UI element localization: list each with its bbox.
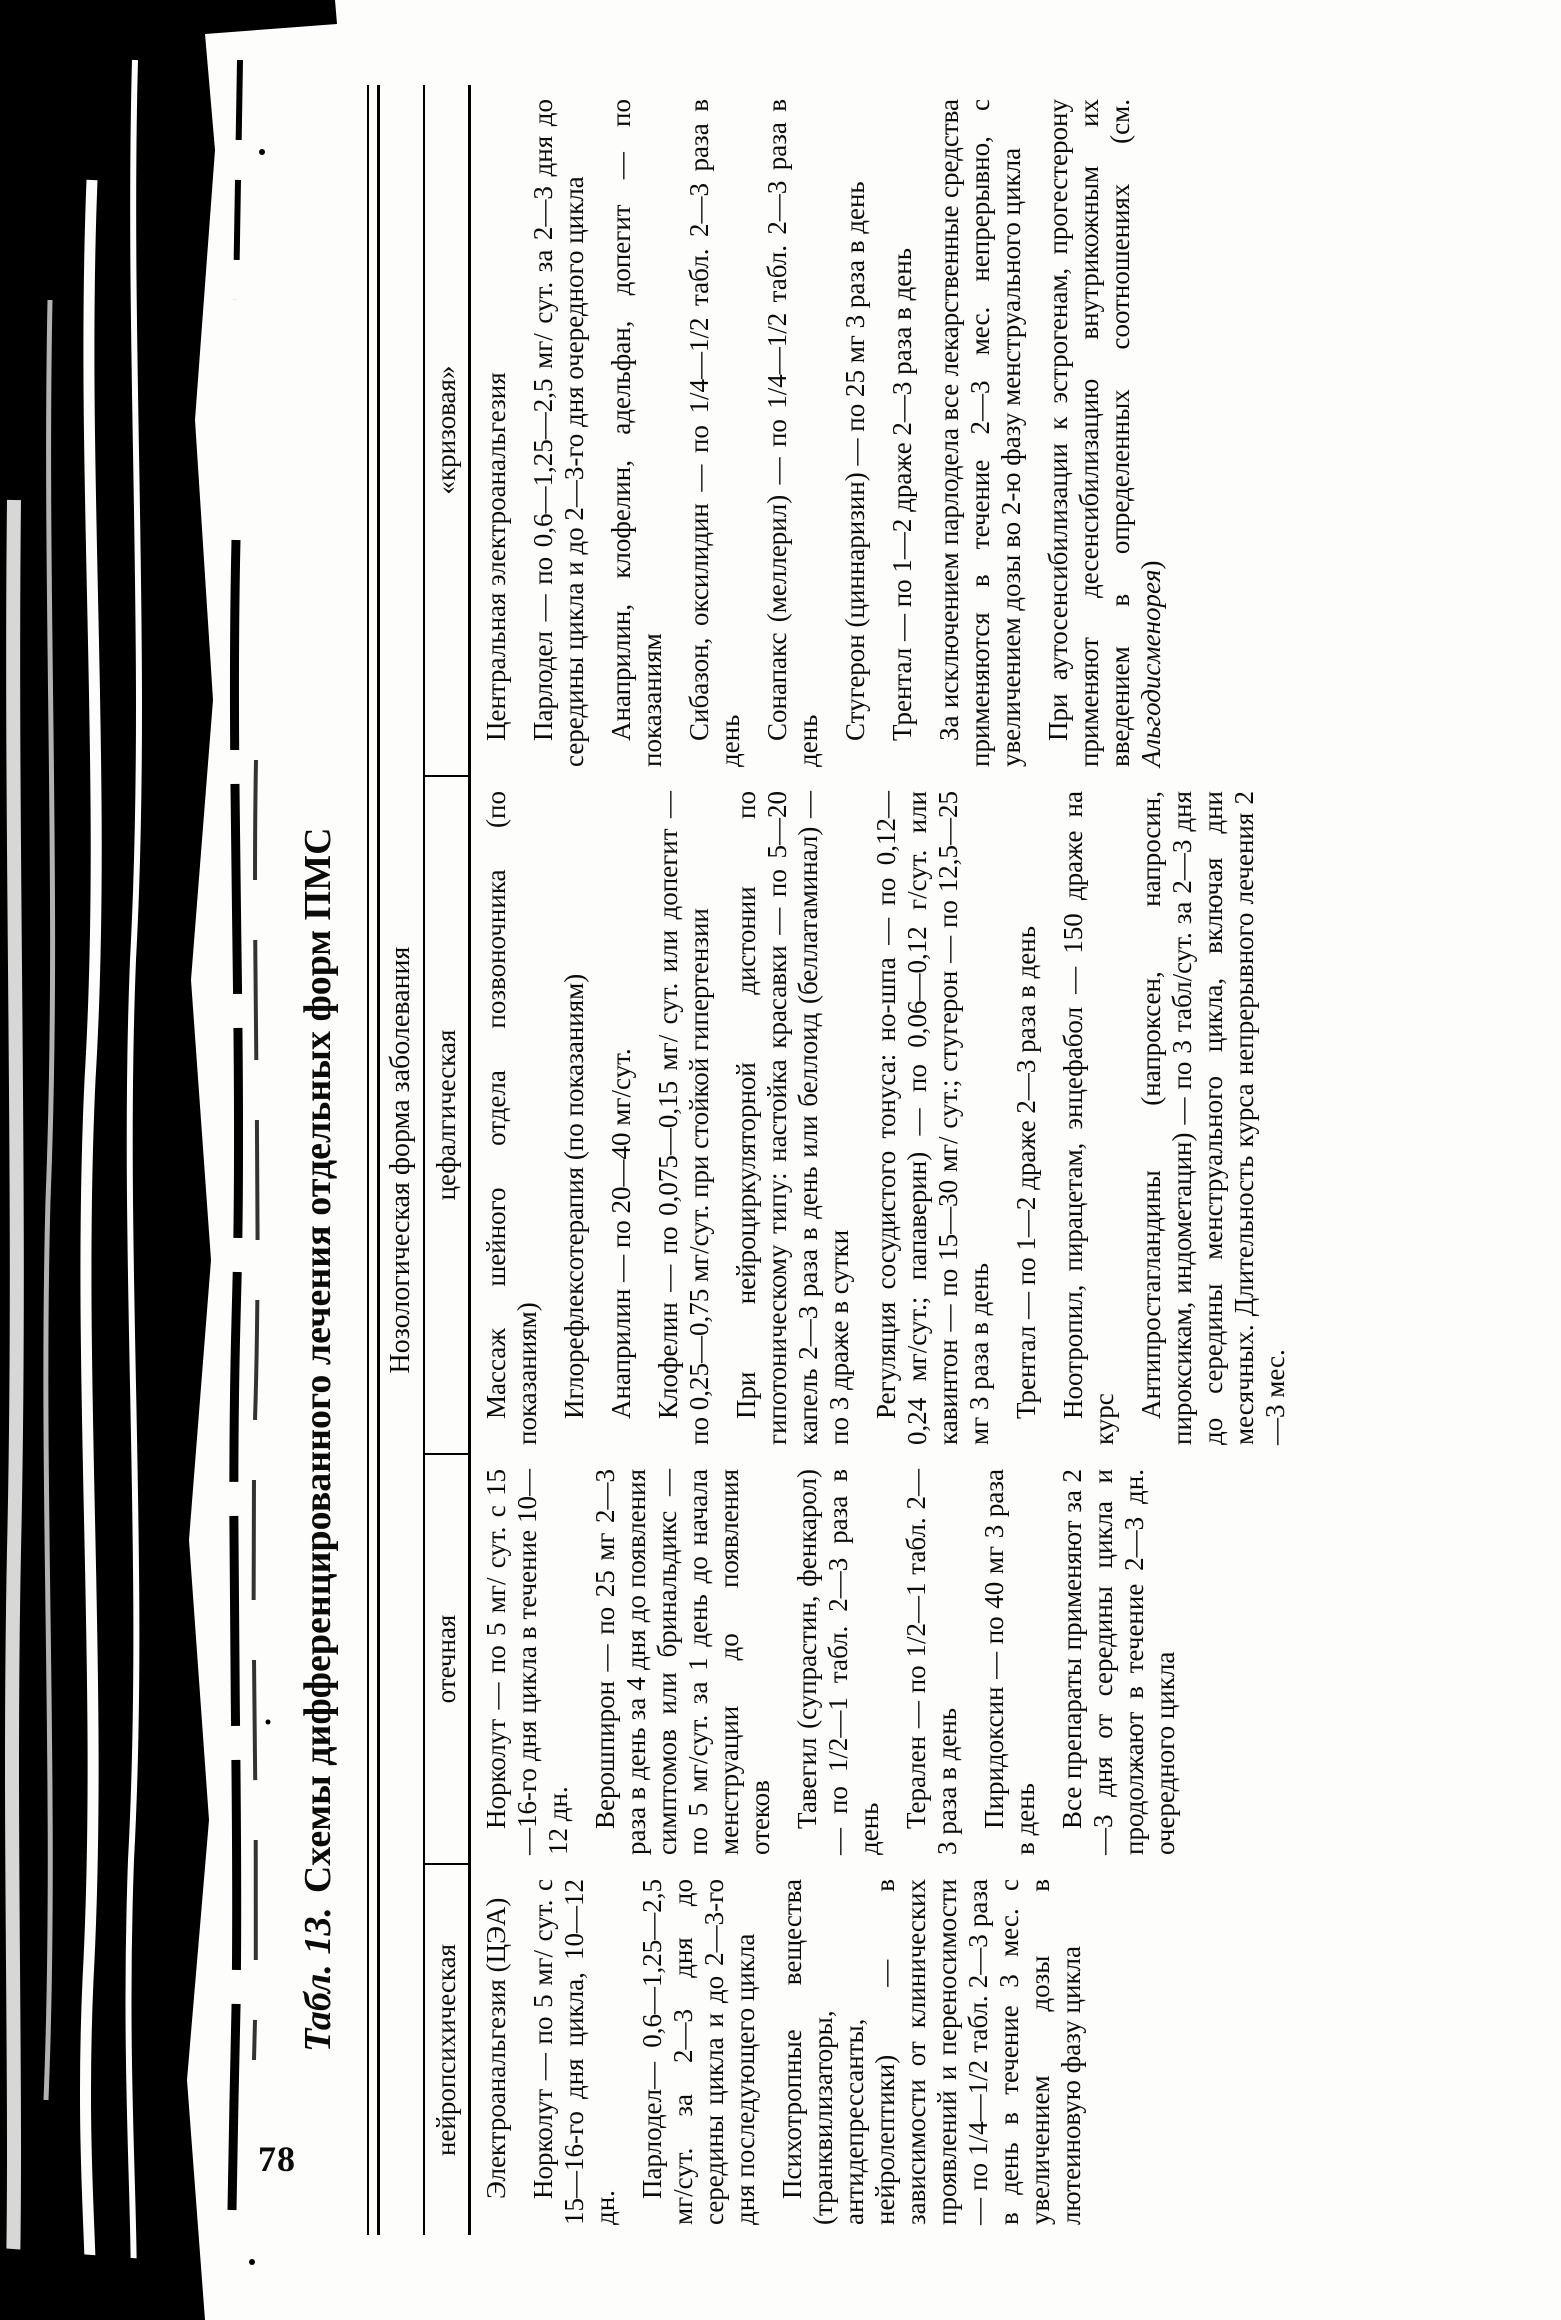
- treatment-paragraph: Парлодел — по 0,6—1,25—2,5 мг/ сут. за 2…: [528, 99, 590, 767]
- treatment-paragraph: Анаприлин — по 20—40 мг/сут.: [606, 791, 637, 1445]
- cross-reference-italic: Альгодисменорея: [1136, 569, 1166, 767]
- treatment-paragraph: Сибазон, оксилидин — по 1/4—1/2 табл. 2—…: [684, 99, 746, 767]
- treatment-paragraph: Стугерон (циннаризин) — по 25 мг 3 раза …: [840, 99, 871, 767]
- treatment-paragraph: Верошпирон — по 25 мг 2—3 раза в день за…: [590, 1469, 776, 1855]
- treatment-paragraph: При аутосенсибилизации к эстрогенам, про…: [1043, 99, 1167, 767]
- treatment-paragraph: Центральная электроанальгезия: [481, 99, 512, 767]
- treatment-paragraph: Тавегил (супрастин, фенкарол) — по 1/2—1…: [792, 1469, 885, 1855]
- treatment-paragraph: Трентал — по 1—2 драже 2—3 раза в день: [1011, 791, 1042, 1445]
- column-cell-2: Норколут — по 5 мг/ сут. с 15—16-го дня …: [471, 1455, 1181, 1865]
- treatment-paragraph: Ноотропил, пирацетам, энцефабол — 150 др…: [1058, 791, 1120, 1445]
- treatment-paragraph: Анаприлин, клофелин, адельфан, допегит —…: [606, 99, 668, 767]
- table-top-rule-outer: [367, 85, 369, 2235]
- treatment-paragraph: Терален — по 1/2—1 табл. 2—3 раза в день: [901, 1469, 963, 1855]
- treatment-paragraph: Психотропные вещества (транквилизаторы, …: [777, 1879, 1087, 2225]
- paragraph-text: ): [1136, 560, 1166, 569]
- treatment-paragraph: Все препараты применяют за 2—3 дня от се…: [1057, 1469, 1181, 1855]
- treatment-paragraph: Регуляция сосудистого тонуса: но-шпа — п…: [871, 791, 995, 1445]
- treatment-paragraph: Антипростагландины (напроксен, напросин,…: [1136, 791, 1291, 1445]
- treatment-paragraph: Иглорефлексотерапия (по показаниям): [559, 791, 590, 1445]
- column-header-1: нейропсихическая: [425, 1865, 468, 2235]
- treatment-paragraph: Электроанальгезия (ЦЭА): [481, 1879, 512, 2225]
- treatment-paragraph: Трентал — по 1—2 драже 2—3 раза в день: [887, 99, 918, 767]
- column-header-2: отечная: [425, 1455, 468, 1865]
- column-cell-1: Электроанальгезия (ЦЭА)Норколут — по 5 м…: [471, 1865, 1087, 2235]
- column-header-4: «кризовая»: [425, 85, 468, 777]
- table-header: Нозологическая форма заболевания: [384, 85, 418, 2235]
- treatment-paragraph: Норколут — по 5 мг/ сут. с 15—16-го дня …: [481, 1469, 574, 1855]
- treatment-paragraph: Норколут — по 5 мг/ сут. с 15—16-го дня …: [528, 1879, 621, 2225]
- treatment-paragraph: Массаж шейного отдела позвоночника (по п…: [481, 791, 543, 1445]
- scanned-page: { "page_number": "78", "title": { "label…: [0, 0, 1561, 2320]
- table-subheader-row: нейропсихическаяотечнаяцефалгическая«кри…: [425, 85, 468, 2235]
- column-header-3: цефалгическая: [425, 777, 468, 1455]
- treatment-table: Нозологическая форма заболевания нейропс…: [367, 85, 1557, 2235]
- treatment-paragraph: Пиридоксин — по 40 мг 3 раза в день: [979, 1469, 1041, 1855]
- page-number: 78: [258, 2138, 296, 2180]
- paragraph-text: При аутосенсибилизации к эстрогенам, про…: [1043, 99, 1135, 767]
- treatment-paragraph: При нейроциркуляторной дистонии по гипот…: [731, 791, 855, 1445]
- table-body-row: Электроанальгезия (ЦЭА)Норколут — по 5 м…: [471, 85, 1291, 2235]
- treatment-paragraph: Сонапакс (меллерил) — по 1/4—1/2 табл. 2…: [762, 99, 824, 767]
- treatment-paragraph: Клофелин — по 0,075—0,15 мг/ сут. или до…: [653, 791, 715, 1445]
- treatment-paragraph: Парлодел— 0,6—1,25—2,5 мг/сут. за 2—3 дн…: [637, 1879, 761, 2225]
- column-cell-3: Массаж шейного отдела позвоночника (по п…: [471, 777, 1291, 1455]
- binding-shadow-artifact: [0, 0, 360, 2320]
- treatment-paragraph: За исключением парлодела все лекарственн…: [934, 99, 1027, 767]
- table-top-rule-inner: [377, 85, 380, 2235]
- column-cell-4: Центральная электроанальгезияПарлодел — …: [471, 85, 1167, 777]
